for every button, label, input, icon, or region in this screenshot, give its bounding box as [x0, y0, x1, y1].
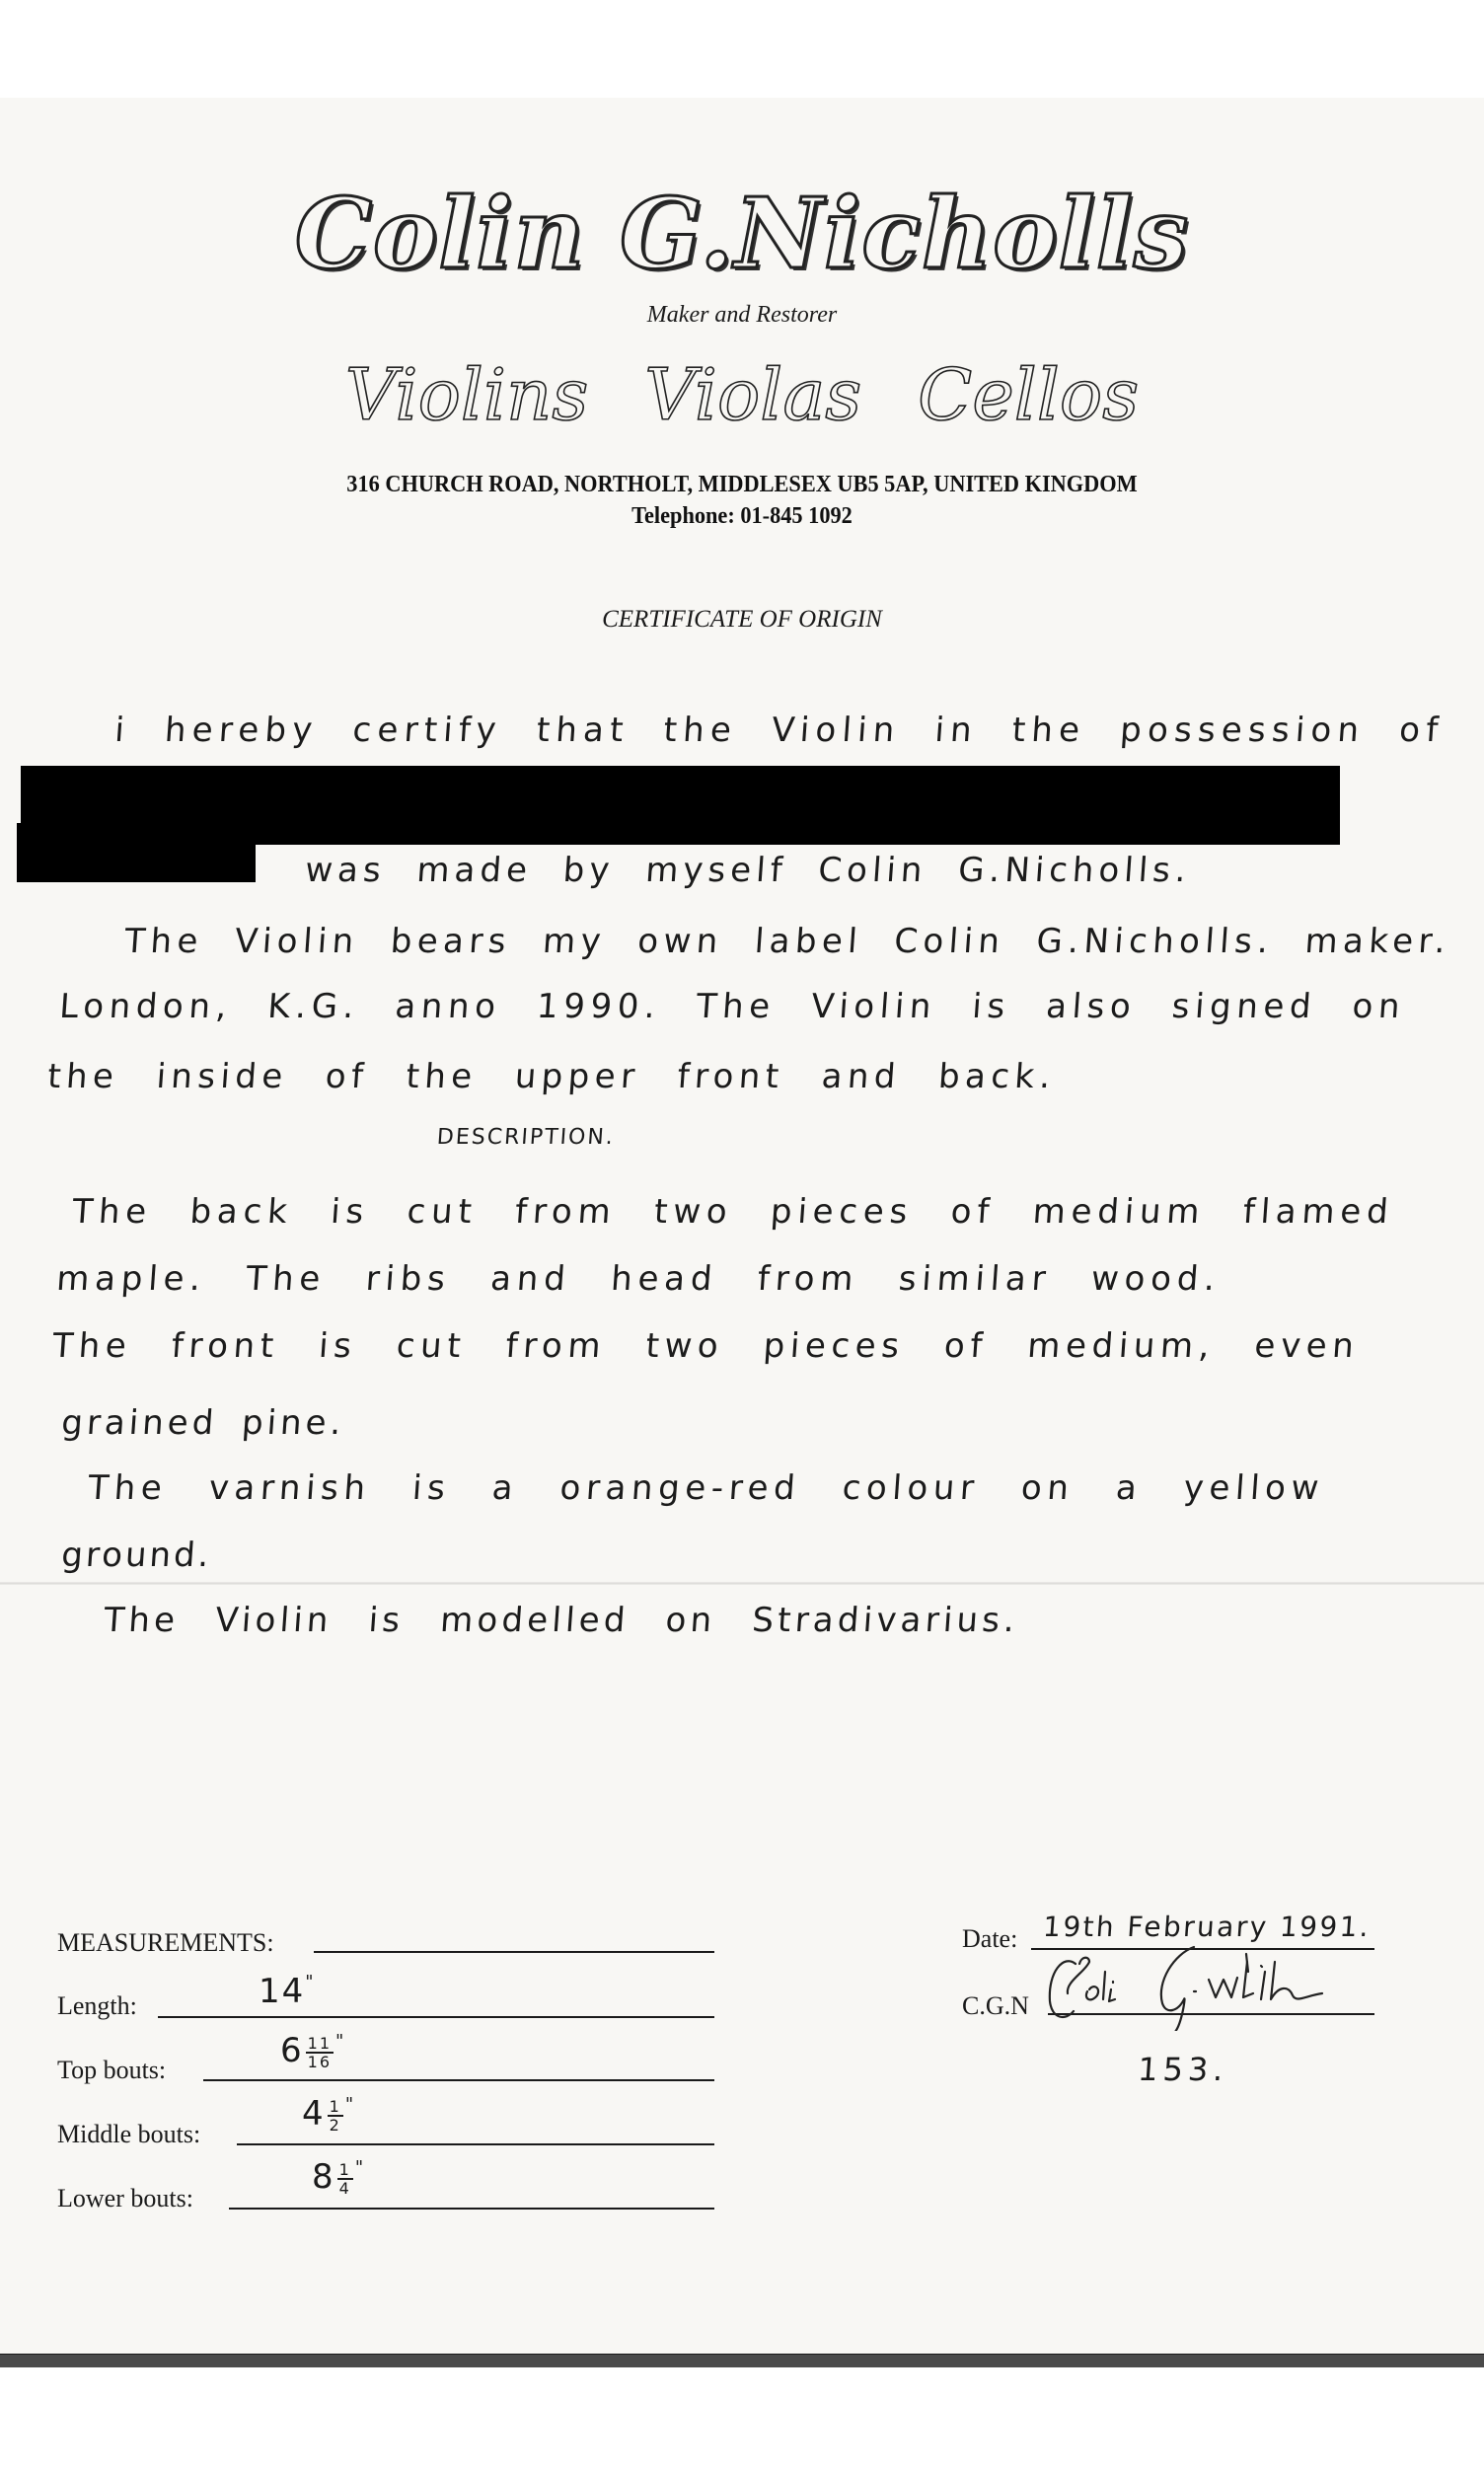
measurements-heading: MEASUREMENTS:: [57, 1928, 274, 1958]
description-line-6: ground.: [60, 1536, 213, 1575]
lower-bouts-line: [229, 2208, 714, 2210]
certificate-line-5: the inside of the upper front and back.: [46, 1057, 1057, 1096]
letterhead-name: Colin G.Nicholls: [0, 176, 1484, 294]
certificate-line-1: i hereby certify that the Violin in the …: [113, 711, 1446, 750]
certificate-line-3: The Violin bears my own label Colin G.Ni…: [123, 922, 1451, 961]
length-line: [158, 2016, 714, 2018]
middle-bouts-label: Middle bouts:: [57, 2120, 200, 2149]
letterhead-address: 316 CHURCH ROAD, NORTHOLT, MIDDLESEX UB5…: [52, 472, 1433, 498]
instrument-cellos: Cellos: [918, 353, 1139, 436]
certificate-number: 153.: [1137, 2051, 1229, 2088]
letterhead-tagline: Maker and Restorer: [0, 302, 1484, 329]
certificate-title: CERTIFICATE OF ORIGIN: [0, 606, 1484, 634]
top-bouts-label: Top bouts:: [57, 2056, 166, 2085]
letterhead-telephone: Telephone: 01-845 1092: [52, 503, 1433, 530]
description-line-3: The front is cut from two pieces of medi…: [51, 1326, 1361, 1366]
description-line-1: The back is cut from two pieces of mediu…: [71, 1192, 1395, 1232]
date-label: Date:: [962, 1924, 1017, 1954]
instrument-violas: Violas: [644, 353, 861, 436]
length-value: 14": [259, 1972, 316, 2011]
certificate-line-4: London, K.G. anno 1990. The Violin is al…: [58, 987, 1407, 1026]
paper-fold-crease: [0, 1582, 1484, 1585]
certificate-line-2: was made by myself Colin G.Nicholls.: [304, 851, 1192, 890]
middle-bouts-value: 412": [302, 2094, 355, 2134]
middle-bouts-line: [237, 2143, 714, 2145]
description-heading: DESCRIPTION.: [436, 1125, 616, 1150]
top-bouts-value: 61116": [280, 2031, 345, 2070]
description-line-5: The varnish is a orange-red colour on a …: [87, 1468, 1325, 1508]
instrument-violins: Violins: [345, 353, 588, 436]
scanner-edge-shadow: [0, 2354, 1484, 2367]
description-line-2: maple. The ribs and head from similar wo…: [55, 1259, 1222, 1299]
redaction-box-owner-name-continued: [17, 823, 256, 882]
length-label: Length:: [57, 1991, 137, 2021]
letterhead-instruments: Violins Violas Cellos: [0, 345, 1484, 444]
description-line-7: The Violin is modelled on Stradivarius.: [103, 1601, 1020, 1640]
signature-label: C.G.N: [962, 1991, 1029, 2021]
top-bouts-line: [203, 2079, 714, 2081]
lower-bouts-value: 814": [312, 2157, 365, 2197]
date-value: 19th February 1991.: [1042, 1911, 1372, 1943]
measurements-heading-line: [314, 1951, 714, 1953]
handwritten-signature: [1046, 1942, 1342, 2031]
lower-bouts-label: Lower bouts:: [57, 2184, 193, 2213]
description-line-4: grained pine.: [60, 1403, 346, 1443]
